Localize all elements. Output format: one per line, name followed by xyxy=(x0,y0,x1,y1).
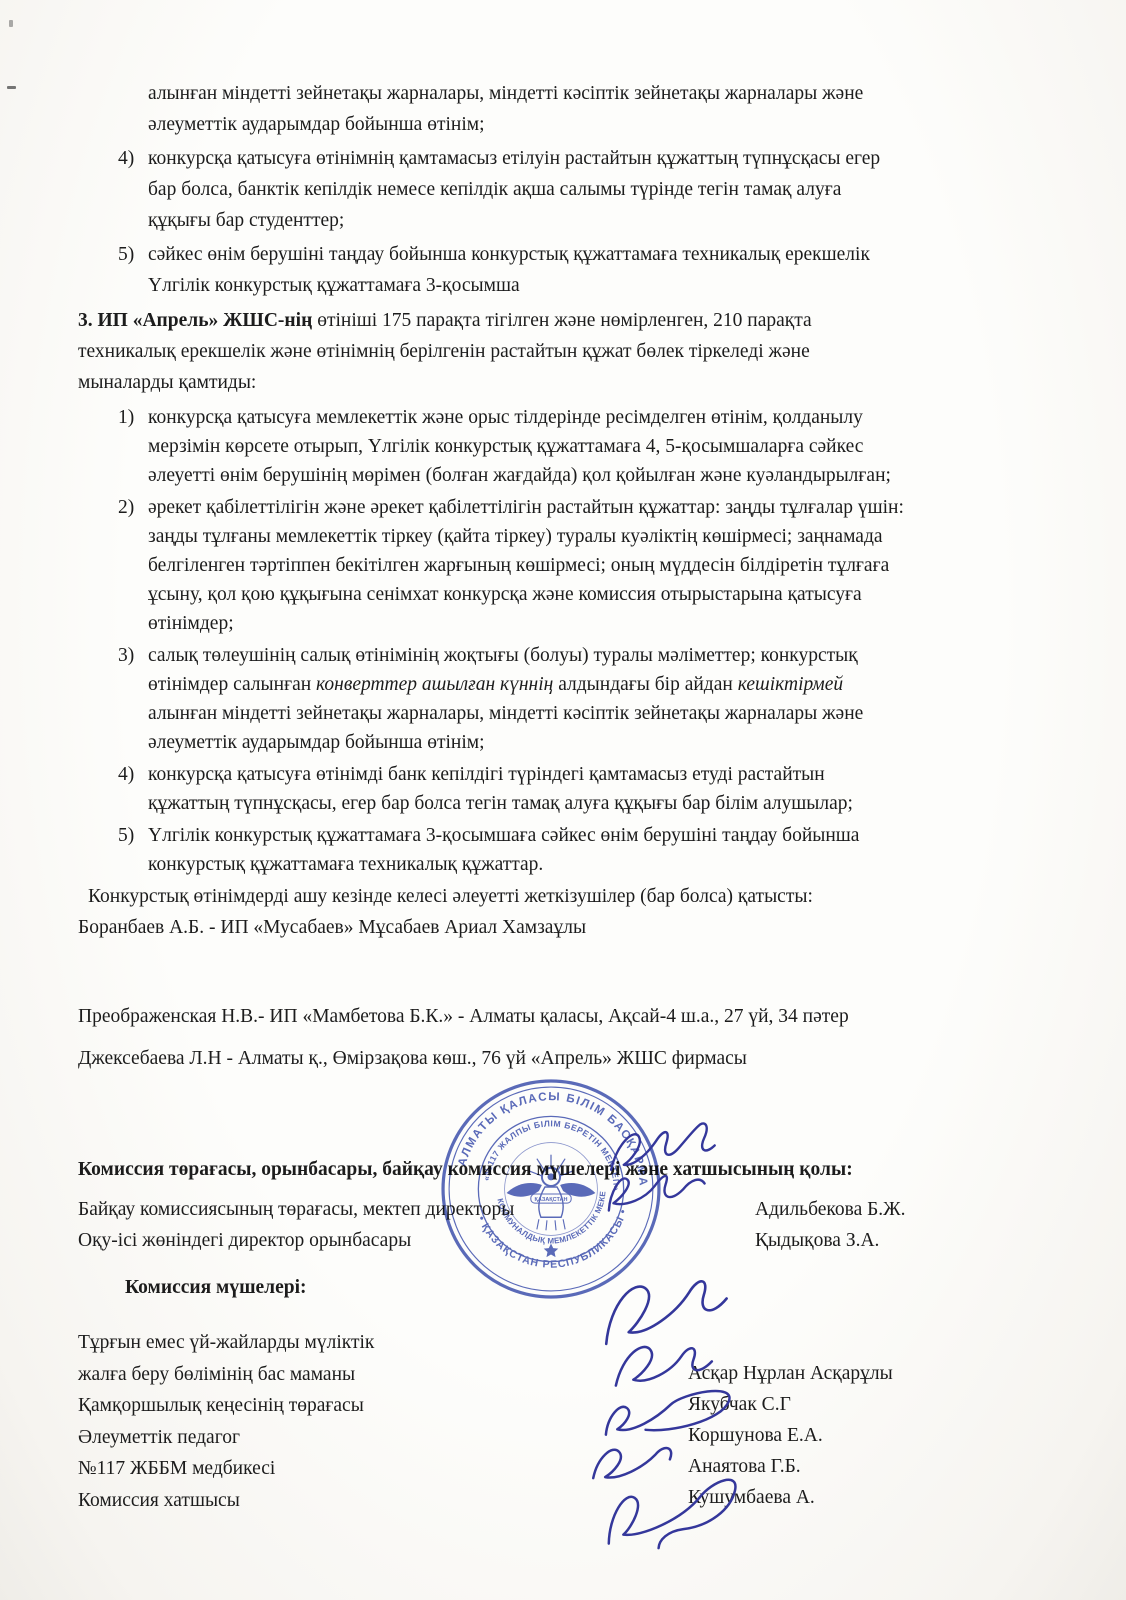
text-line: Үлгілік конкурстық құжаттамаға 3-қосымша… xyxy=(148,821,1068,850)
text-line: 3. ИП «Апрель» ЖШС-нің өтініші 175 парақ… xyxy=(78,305,1068,336)
attendee-line: Боранбаев А.Б. - ИП «Мусабаев» Мұсабаев … xyxy=(78,912,1068,943)
text-line: әлеуетті өнім берушінің мөрімен (болған … xyxy=(148,461,1068,490)
member-role: жалға беру бөлімінің бас маманы xyxy=(78,1359,608,1391)
attendees-intro: Конкурстық өтінімдерді ашу кезінде келес… xyxy=(88,881,1068,912)
text-line: құжаттың түпнұсқасы, егер бар болса тегі… xyxy=(148,789,1068,818)
list-item: 5) Үлгілік конкурстық құжаттамаға 3-қосы… xyxy=(78,821,1068,879)
text-line: алынған міндетті зейнетақы жарналары, мі… xyxy=(148,699,1068,728)
text-line: өтінімдер салынған конверттер ашылған кү… xyxy=(148,670,1068,699)
text-line: сәйкес өнім берушіні таңдау бойынша конк… xyxy=(148,239,1068,270)
signature-kydykova xyxy=(597,1161,716,1225)
list-item: 3) салық төлеушінің салық өтінімінің жоқ… xyxy=(78,641,1068,757)
text-line: конкурсқа қатысуға өтінімнің қамтамасыз … xyxy=(148,143,1068,174)
list-number: 4) xyxy=(118,760,148,818)
text-line: мыналарды қамтиды: xyxy=(78,367,1068,398)
text-line: мерзімін көрсете отырып, Үлгілік конкурс… xyxy=(148,432,1068,461)
text-run: өтініші 175 парақта тігілген және нөмірл… xyxy=(312,310,811,331)
text-run: алдындағы бір айдан xyxy=(553,674,737,695)
text-line: конкурстық құжаттамаға техникалық құжатт… xyxy=(148,850,1068,879)
text-line: әлеуметтік аударымдар бойынша өтінім; xyxy=(148,109,1068,140)
list-item: 4) конкурсқа қатысуға өтінімді банк кепі… xyxy=(78,760,1068,818)
stamp-center-text: ҚАЗАҚСТАН xyxy=(534,1197,567,1203)
document-page: алынған міндетті зейнетақы жарналары, мі… xyxy=(0,0,1126,1600)
text-line: белгіленген тәртіппен бекітілген жарғыны… xyxy=(148,551,1068,580)
paragraph-continuation: алынған міндетті зейнетақы жарналары, мі… xyxy=(148,78,1068,140)
text-line: конкурсқа қатысуға мемлекеттік және орыс… xyxy=(148,403,1068,432)
text-line: заңды тұлғаны мемлекеттік тіркеу (қайта … xyxy=(148,522,1068,551)
list-number: 4) xyxy=(118,143,148,236)
paragraph-3: 3. ИП «Апрель» ЖШС-нің өтініші 175 парақ… xyxy=(78,305,1068,398)
text-line: әрекет қабілеттілігін және әрекет қабіле… xyxy=(148,493,1068,522)
list-number: 3) xyxy=(118,641,148,757)
attendee-line: Преображенская Н.В.- ИП «Мамбетова Б.К.»… xyxy=(78,1001,1068,1032)
text-line: бар болса, банктік кепілдік немесе кепіл… xyxy=(148,174,1068,205)
list-item: 1) конкурсқа қатысуға мемлекеттік және о… xyxy=(78,403,1068,490)
text-line: өтінімдер; xyxy=(148,609,1068,638)
member-roles-column: Тұрғын емес үй-жайларды мүліктік жалға б… xyxy=(78,1327,608,1516)
bold-run: 3. ИП «Апрель» ЖШС-нің xyxy=(78,310,312,331)
signatory-name: Қыдықова З.А. xyxy=(678,1225,879,1256)
list-item: 5) сәйкес өнім берушіні таңдау бойынша к… xyxy=(78,239,1068,301)
text-line: алынған міндетті зейнетақы жарналары, мі… xyxy=(148,78,1068,109)
text-line: Үлгілік конкурстық құжаттамаға 3-қосымша xyxy=(148,270,1068,301)
member-role: Әлеуметтік педагог xyxy=(78,1422,608,1454)
text-line: салық төлеушінің салық өтінімінің жоқтығ… xyxy=(148,641,1068,670)
attendee-line: Джексебаева Л.Н - Алматы қ., Өмірзақова … xyxy=(78,1043,1068,1074)
italic-run: конверттер ашылған күннің xyxy=(316,674,553,695)
list-number: 5) xyxy=(118,821,148,879)
member-role: №117 ЖББМ медбикесі xyxy=(78,1453,608,1485)
text-line: техникалық ерекшелік және өтінімнің бері… xyxy=(78,336,1068,367)
text-line: әлеуметтік аударымдар бойынша өтінім; xyxy=(148,728,1068,757)
text-line: құқығы бар студенттер; xyxy=(148,205,1068,236)
list-item: 4) конкурсқа қатысуға өтінімнің қамтамас… xyxy=(78,143,1068,236)
member-role: Комиссия хатшысы xyxy=(78,1485,608,1517)
list-b: 1) конкурсқа қатысуға мемлекеттік және о… xyxy=(78,403,1068,879)
member-role: Тұрғын емес үй-жайларды мүліктік xyxy=(78,1327,608,1359)
list-number: 2) xyxy=(118,493,148,638)
text-run: өтінімдер салынған xyxy=(148,674,316,695)
list-number: 5) xyxy=(118,239,148,301)
text-line: конкурсқа қатысуға өтінімді банк кепілді… xyxy=(148,760,1068,789)
members-block: Тұрғын емес үй-жайларды мүліктік жалға б… xyxy=(78,1327,1068,1516)
list-item: 2) әрекет қабілеттілігін және әрекет қаб… xyxy=(78,493,1068,638)
member-role: Қамқоршылық кеңесінің төрағасы xyxy=(78,1390,608,1422)
text-line: ұсыну, қол қою құқығына сенімхат конкурс… xyxy=(148,580,1068,609)
list-number: 1) xyxy=(118,403,148,490)
italic-run: кешіктірмей xyxy=(738,674,843,695)
